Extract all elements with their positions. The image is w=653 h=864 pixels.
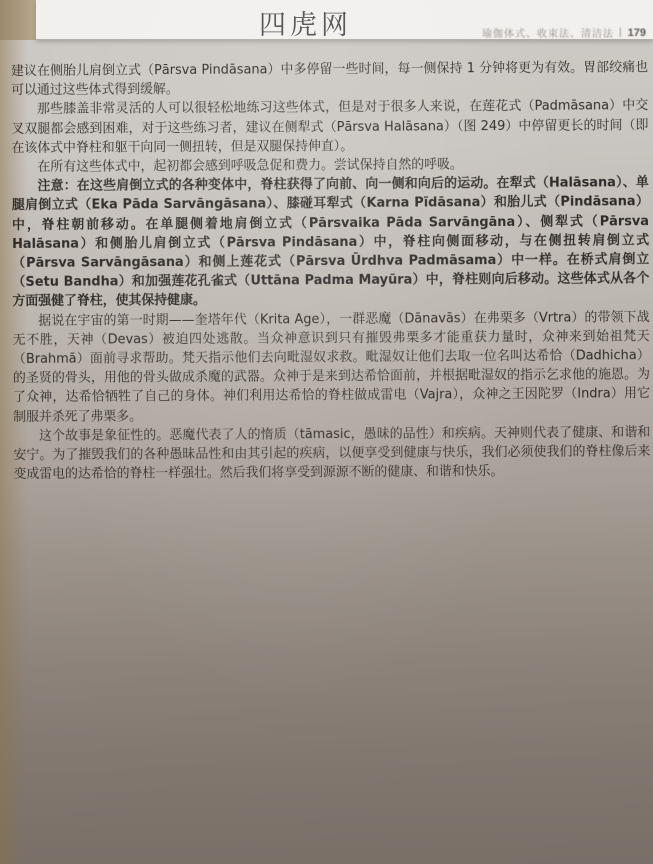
book-top-edge — [0, 0, 36, 40]
paragraph: 据说在宇宙的第一时期——奎塔年代（Krita Age），一群恶魔（Dānavās… — [13, 308, 651, 427]
paragraph: 注意：在这些肩倒立式的各种变体中，脊柱获得了向前、向一侧和向后的运动。在犁式（H… — [12, 173, 650, 311]
chapter-title: 瑜伽体式、收束法、清洁法 — [482, 25, 614, 40]
watermark-text: 四虎网 — [259, 3, 352, 42]
running-header: 瑜伽体式、收束法、清洁法 | 179 — [482, 25, 646, 40]
paragraph: 这个故事是象征性的。恶魔代表了人的惰质（tāmasic，愚昧的品性）和疾病。天神… — [13, 423, 650, 484]
page-text: 建议在侧胎儿肩倒立式（Pārsva Pindāsana）中多停留一些时间，每一侧… — [11, 58, 651, 484]
paragraph: 建议在侧胎儿肩倒立式（Pārsva Pindāsana）中多停留一些时间，每一侧… — [11, 58, 648, 100]
paragraph: 那些膝盖非常灵活的人可以很轻松地练习这些体式，但是对于很多人来说，在莲花式（Pa… — [11, 97, 648, 158]
header-separator: | — [619, 27, 623, 38]
page-number: 179 — [628, 27, 646, 39]
note-label: 注意： — [38, 179, 77, 194]
book-page-photo: 四虎网 瑜伽体式、收束法、清洁法 | 179 建议在侧胎儿肩倒立式（Pārsva… — [0, 0, 653, 864]
